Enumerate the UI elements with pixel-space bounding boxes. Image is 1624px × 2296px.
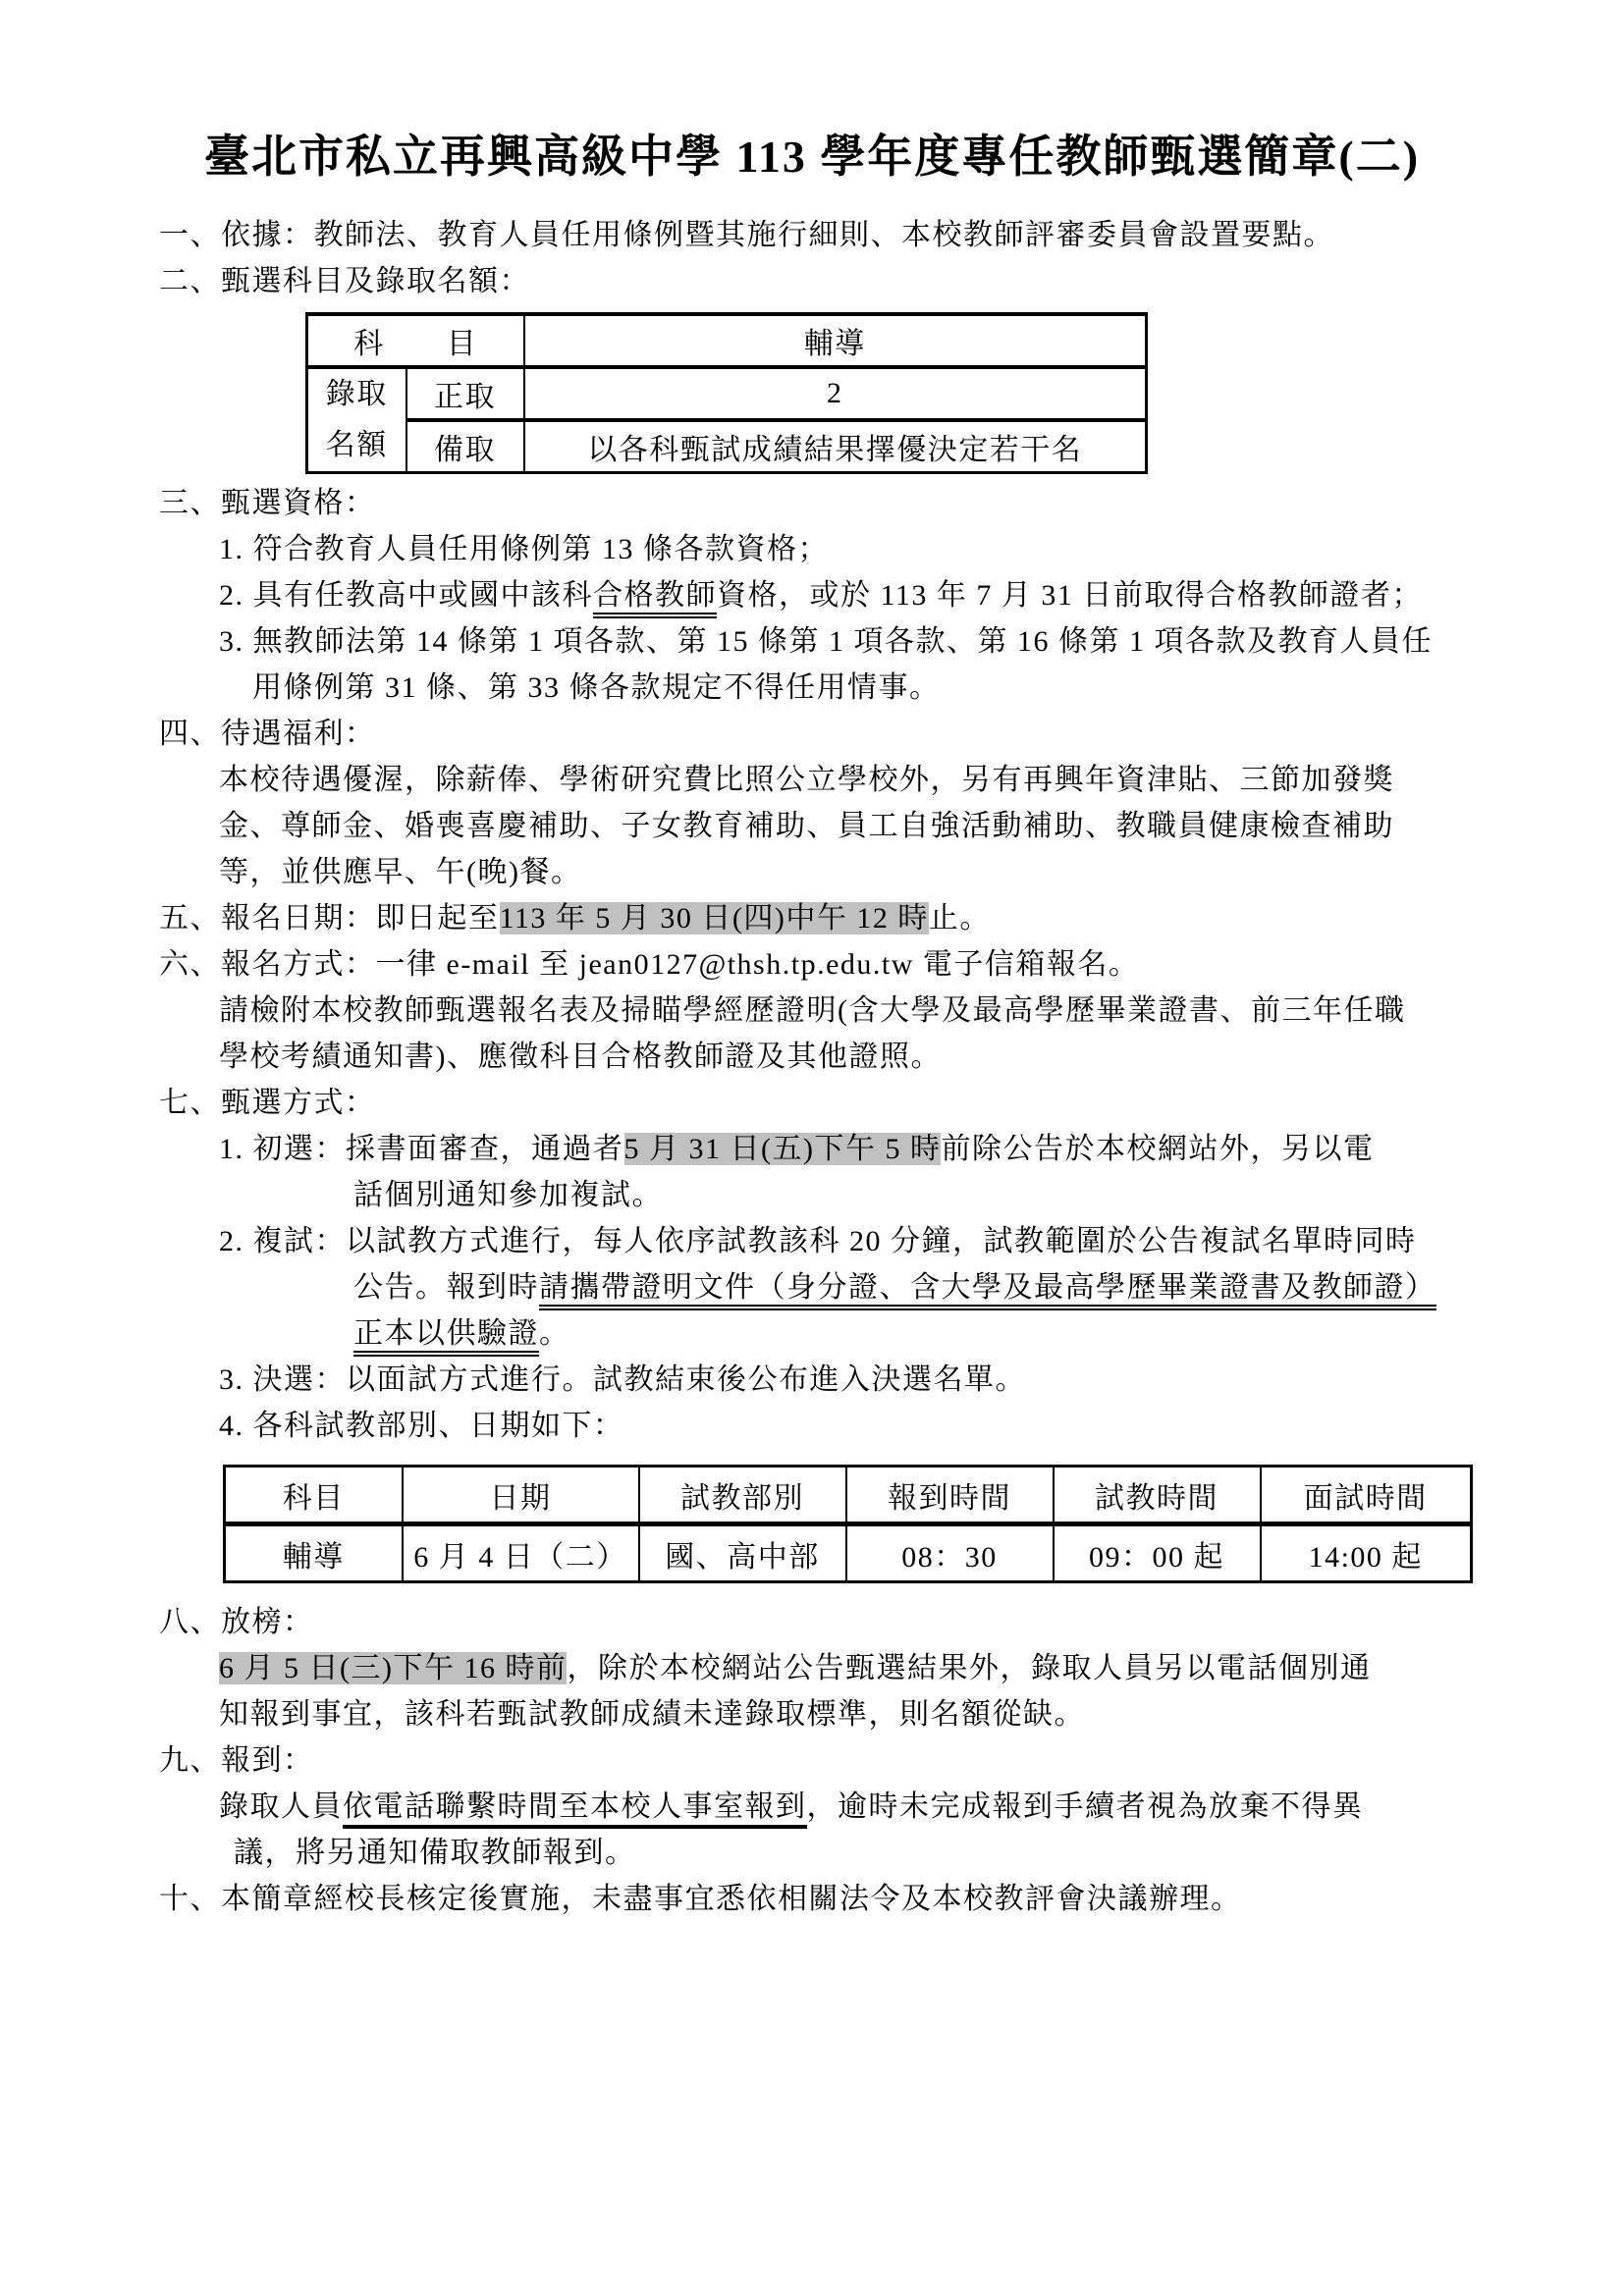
table-row: 備取以各科甄試成績結果擇優決定若干名: [307, 420, 1147, 473]
text-segment: 九、報到：: [159, 1744, 314, 1777]
text-line: 學校考績通知書)、應徵科目合格教師證及其他證照。: [0, 1034, 1624, 1080]
highlighted-text: 5 月 31 日(五)下午 5 時: [624, 1133, 942, 1165]
text-segment: 2. 複試：以試教方式進行，每人依序試教該科 20 分鐘，試教範圍於公告複試名單…: [219, 1225, 1417, 1257]
text-line: 請檢附本校教師甄選報名表及掃瞄學經歷證明(含大學及最高學歷畢業證書、前三年任職: [0, 988, 1624, 1034]
text-line: 議，將另通知備取教師報到。: [0, 1830, 1624, 1876]
document-body: 一、依據：教師法、教育人員任用條例暨其施行細則、本校教師評審委員會設置要點。二、…: [0, 212, 1624, 1922]
text-segment: 資格，或於 113 年 7 月 31 日前取得合格教師證者；: [717, 579, 1423, 612]
quota-table-cell: 備取: [406, 420, 524, 473]
text-segment: 五、報名日期：即日起至: [159, 902, 500, 934]
text-segment: 1. 初選：採書面審查，通過者: [219, 1133, 624, 1165]
quota-table-cell: 科 目: [307, 314, 524, 367]
quota-table-cell: 錄取 名額: [307, 367, 406, 473]
text-line: 七、甄選方式：: [0, 1080, 1624, 1126]
double-underlined-text: 請攜帶證明文件（身分證、含大學及最高學歷畢業證書及教師證）: [539, 1271, 1436, 1310]
text-segment: 學校考績通知書)、應徵科目合格教師證及其他證照。: [219, 1041, 942, 1073]
text-line: 一、依據：教師法、教育人員任用條例暨其施行細則、本校教師評審委員會設置要點。: [0, 212, 1624, 258]
schedule-table: 科目日期試教部別報到時間試教時間面試時間輔導6 月 4 日（二）國、高中部08：…: [223, 1465, 1473, 1583]
schedule-table-header-cell: 日期: [403, 1467, 639, 1524]
text-segment: 本校待遇優渥，除薪俸、學術研究費比照公立學校外，另有再興年資津貼、三節加發獎: [219, 764, 1394, 796]
schedule-table-cell: 輔導: [225, 1524, 403, 1582]
quota-table: 科 目輔導錄取 名額正取2備取以各科甄試成績結果擇優決定若干名: [305, 312, 1148, 474]
text-line: 3. 決選：以面試方式進行。試教結束後公布進入決選名單。: [0, 1357, 1624, 1403]
text-line: 八、放榜：: [0, 1599, 1624, 1645]
text-segment: 請檢附本校教師甄選報名表及掃瞄學經歷證明(含大學及最高學歷畢業證書、前三年任職: [219, 994, 1406, 1027]
text-segment: 三、甄選資格：: [159, 487, 376, 519]
highlighted-text: 6 月 5 日(三)下午 16 時前: [219, 1652, 567, 1684]
text-segment: 一、依據：教師法、教育人員任用條例暨其施行細則、本校教師評審委員會設置要點。: [159, 219, 1334, 251]
text-line: 3. 無教師法第 14 條第 1 項各款、第 15 條第 1 項各款、第 16 …: [0, 618, 1624, 665]
text-line: 等，並供應早、午(晚)餐。: [0, 849, 1624, 895]
highlighted-text: 113 年 5 月 30 日(四)中午 12 時: [500, 902, 929, 934]
table-row: 錄取 名額正取2: [307, 367, 1147, 420]
text-segment: 知報到事宜，該科若甄試教師成績未達錄取標準，則名額從缺。: [219, 1698, 1085, 1731]
table-row: 科目日期試教部別報到時間試教時間面試時間: [225, 1467, 1472, 1524]
text-line: 十、本簡章經校長核定後實施，未盡事宜悉依相關法令及本校教評會決議辦理。: [0, 1876, 1624, 1922]
text-line: 用條例第 31 條、第 33 條各款規定不得任用情事。: [0, 665, 1624, 711]
text-segment: 錄取人員: [219, 1790, 343, 1823]
text-line: 四、待遇福利：: [0, 711, 1624, 757]
text-segment: 二、甄選科目及錄取名額：: [159, 265, 530, 297]
text-segment: ，除於本校網站公告甄選結果外，錄取人員另以電話個別通: [567, 1652, 1371, 1684]
text-segment: 3. 決選：以面試方式進行。試教結束後公布進入決選名單。: [219, 1363, 1026, 1396]
text-segment: 3. 無教師法第 14 條第 1 項各款、第 15 條第 1 項各款、第 16 …: [219, 625, 1433, 658]
text-line: 本校待遇優渥，除薪俸、學術研究費比照公立學校外，另有再興年資津貼、三節加發獎: [0, 757, 1624, 803]
double-underlined-text: 合格教師: [593, 579, 717, 618]
text-segment: 金、尊師金、婚喪喜慶補助、子女教育補助、員工自強活動補助、教職員健康檢查補助: [219, 810, 1394, 842]
text-segment: 。: [539, 1317, 570, 1350]
text-line: 話個別通知參加複試。: [0, 1172, 1624, 1218]
text-segment: 八、放榜：: [159, 1606, 314, 1638]
document-title: 臺北市私立再興高級中學 113 學年度專任教師甄選簡章(二): [0, 126, 1624, 188]
text-line: 公告。報到時請攜帶證明文件（身分證、含大學及最高學歷畢業證書及教師證）: [0, 1264, 1624, 1310]
text-segment: 話個別通知參加複試。: [353, 1179, 663, 1211]
text-line: 正本以供驗證。: [0, 1310, 1624, 1357]
text-line: 五、報名日期：即日起至113 年 5 月 30 日(四)中午 12 時止。: [0, 895, 1624, 941]
quota-table-cell: 正取: [406, 367, 524, 420]
text-line: 六、報名方式：一律 e-mail 至 jean0127@thsh.tp.edu.…: [0, 941, 1624, 988]
text-line: 金、尊師金、婚喪喜慶補助、子女教育補助、員工自強活動補助、教職員健康檢查補助: [0, 803, 1624, 849]
text-line: 三、甄選資格：: [0, 480, 1624, 526]
text-line: 6 月 5 日(三)下午 16 時前，除於本校網站公告甄選結果外，錄取人員另以電…: [0, 1645, 1624, 1691]
text-segment: 十、本簡章經校長核定後實施，未盡事宜悉依相關法令及本校教評會決議辦理。: [159, 1883, 1242, 1915]
quota-table-cell: 輔導: [524, 314, 1147, 367]
text-segment: 四、待遇福利：: [159, 718, 376, 750]
text-segment: 4. 各科試教部別、日期如下：: [219, 1410, 624, 1442]
text-line: 二、甄選科目及錄取名額：: [0, 258, 1624, 304]
text-segment: 2. 具有任教高中或國中該科: [219, 579, 593, 612]
text-segment: 公告。報到時: [353, 1271, 539, 1304]
text-segment: ，逾時未完成報到手續者視為放棄不得異: [807, 1790, 1364, 1823]
schedule-table-header-cell: 科目: [225, 1467, 403, 1524]
text-segment: 前除公告於本校網站外，另以電: [941, 1133, 1374, 1165]
text-line: 知報到事宜，該科若甄試教師成績未達錄取標準，則名額從缺。: [0, 1691, 1624, 1737]
text-segment: 議，將另通知備取教師報到。: [234, 1837, 636, 1869]
text-segment: 1. 符合教育人員任用條例第 13 條各款資格；: [219, 533, 829, 565]
text-line: 錄取人員依電話聯繫時間至本校人事室報到，逾時未完成報到手續者視為放棄不得異: [0, 1784, 1624, 1830]
schedule-table-header-cell: 試教部別: [639, 1467, 846, 1524]
double-underlined-text: 正本以供驗證: [353, 1317, 539, 1357]
text-line: 1. 初選：採書面審查，通過者5 月 31 日(五)下午 5 時前除公告於本校網…: [0, 1126, 1624, 1172]
text-segment: 止。: [929, 902, 991, 934]
underlined-text: 依電話聯繫時間至本校人事室報到: [343, 1790, 807, 1829]
schedule-table-cell: 6 月 4 日（二）: [403, 1524, 639, 1582]
text-line: 4. 各科試教部別、日期如下：: [0, 1403, 1624, 1449]
text-segment: 六、報名方式：一律 e-mail 至 jean0127@thsh.tp.edu.…: [159, 948, 1139, 981]
schedule-table-header-cell: 報到時間: [846, 1467, 1054, 1524]
table-row: 科 目輔導: [307, 314, 1147, 367]
text-line: 九、報到：: [0, 1737, 1624, 1784]
text-line: 2. 具有任教高中或國中該科合格教師資格，或於 113 年 7 月 31 日前取…: [0, 572, 1624, 618]
text-segment: 七、甄選方式：: [159, 1087, 376, 1119]
quota-table-cell: 2: [524, 367, 1147, 420]
schedule-table-cell: 08：30: [846, 1524, 1054, 1582]
text-segment: 用條例第 31 條、第 33 條各款規定不得任用情事。: [252, 671, 941, 704]
schedule-table-header-cell: 面試時間: [1261, 1467, 1472, 1524]
table-row: 輔導6 月 4 日（二）國、高中部08：3009：00 起14:00 起: [225, 1524, 1472, 1582]
text-segment: 等，並供應早、午(晚)餐。: [219, 856, 581, 888]
schedule-table-header-cell: 試教時間: [1054, 1467, 1261, 1524]
schedule-table-cell: 國、高中部: [639, 1524, 846, 1582]
schedule-table-cell: 14:00 起: [1261, 1524, 1472, 1582]
text-line: 2. 複試：以試教方式進行，每人依序試教該科 20 分鐘，試教範圍於公告複試名單…: [0, 1218, 1624, 1264]
document-page: 臺北市私立再興高級中學 113 學年度專任教師甄選簡章(二) 一、依據：教師法、…: [0, 0, 1624, 2296]
text-line: 1. 符合教育人員任用條例第 13 條各款資格；: [0, 526, 1624, 572]
schedule-table-cell: 09：00 起: [1054, 1524, 1261, 1582]
quota-table-cell: 以各科甄試成績結果擇優決定若干名: [524, 420, 1147, 473]
